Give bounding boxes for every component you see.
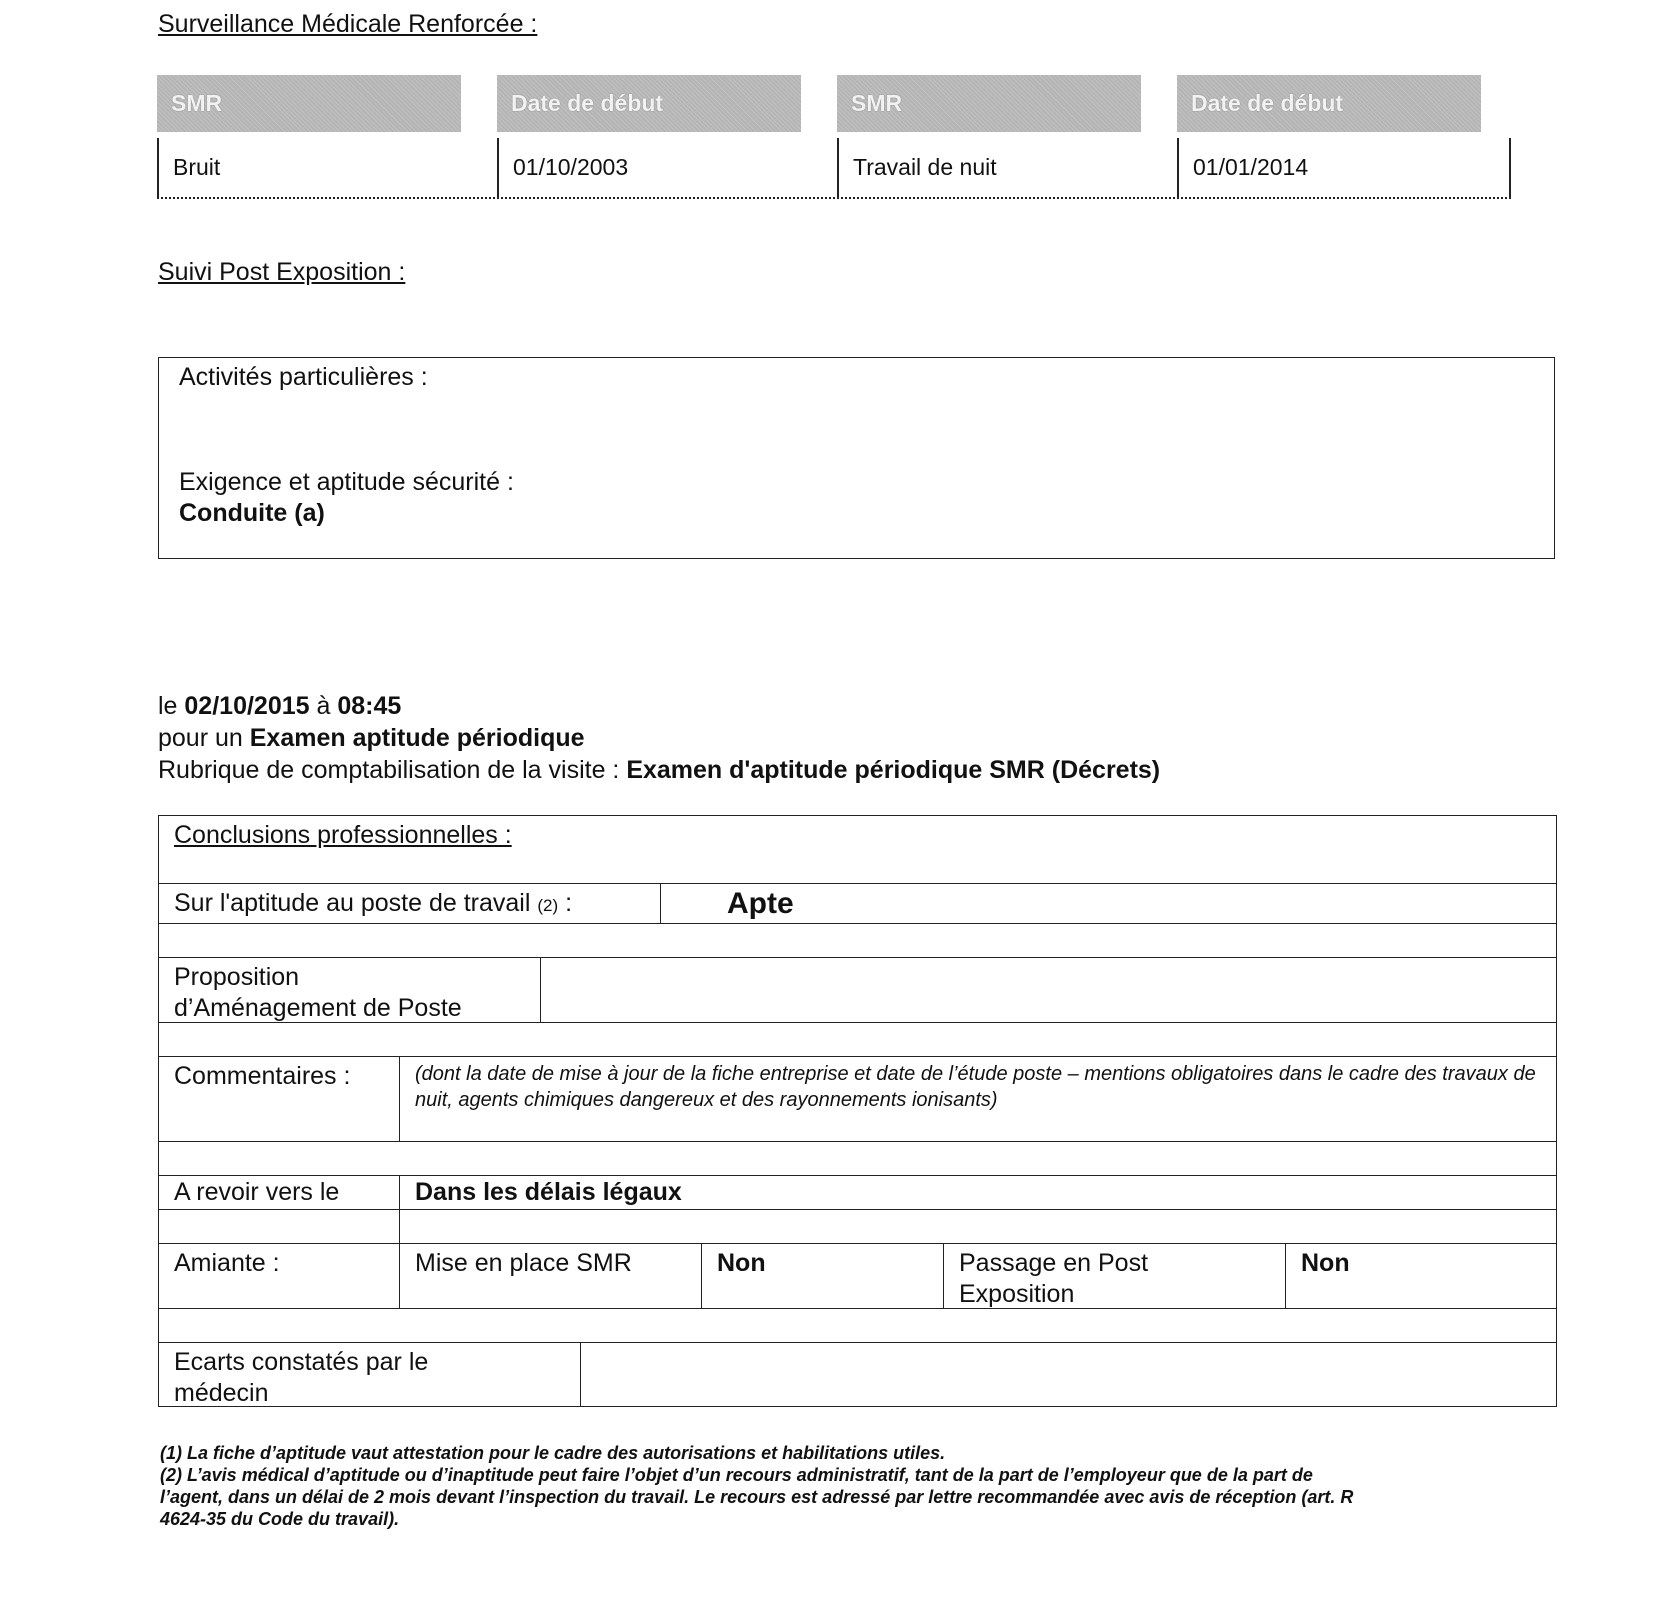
ecarts-label-line-1: Ecarts constatés par le — [174, 1347, 580, 1378]
blank-row-2 — [158, 1022, 1557, 1057]
smr-table-row: Bruit 01/10/2003 Travail de nuit 01/01/2… — [157, 138, 1511, 199]
ecarts-label-line-2: médecin — [174, 1378, 580, 1409]
revoir-value: Dans les délais légaux — [399, 1176, 1556, 1209]
activities-box: Activités particulières : Exigence et ap… — [158, 357, 1555, 559]
amiante-row: Amiante : Mise en place SMR Non Passage … — [158, 1243, 1557, 1309]
proposition-row: Proposition d’Aménagement de Poste — [158, 957, 1557, 1023]
smr-label: Mise en place SMR — [399, 1244, 701, 1308]
exigence-value: Conduite (a) — [179, 499, 325, 528]
aptitude-value: Apte — [660, 884, 1556, 923]
footnotes: (1) La fiche d’aptitude vaut attestation… — [160, 1442, 1560, 1530]
smr-value-2: Travail de nuit — [837, 138, 1177, 197]
blank-row-4 — [158, 1209, 1557, 1244]
visit-date-line: le 02/10/2015 à 08:45 — [158, 692, 401, 721]
ecarts-label: Ecarts constatés par le médecin — [159, 1343, 580, 1406]
ecarts-value — [580, 1343, 1556, 1406]
purpose-prefix: pour un — [158, 724, 250, 752]
rubrique-value: Examen d'aptitude périodique SMR (Décret… — [626, 756, 1160, 784]
blank-row-5 — [158, 1308, 1557, 1343]
footnote-2-line-2: l’agent, dans un délai de 2 mois devant … — [160, 1486, 1560, 1508]
visit-date: 02/10/2015 — [184, 692, 309, 720]
aptitude-colon: : — [558, 889, 572, 917]
commentaires-label: Commentaires : — [159, 1057, 399, 1141]
smr-value-1: Bruit — [157, 138, 497, 197]
rubrique-line: Rubrique de comptabilisation de la visit… — [158, 756, 1160, 785]
post-expo-label-line-2: Exposition — [959, 1279, 1285, 1310]
proposition-label: Proposition d’Aménagement de Poste — [159, 958, 540, 1022]
post-expo-label-line-1: Passage en Post — [959, 1248, 1285, 1279]
footnote-2-line-1: (2) L’avis médical d’aptitude ou d’inapt… — [160, 1464, 1560, 1486]
activites-label: Activités particulières : — [179, 363, 428, 392]
post-exposition-title: Suivi Post Exposition : — [158, 258, 405, 287]
date-header-1: Date de début — [497, 75, 801, 132]
date-value-2: 01/01/2014 — [1177, 138, 1511, 197]
visit-purpose-line: pour un Examen aptitude périodique — [158, 724, 585, 753]
commentaires-hint: (dont la date de mise à jour de la fiche… — [399, 1057, 1556, 1141]
aptitude-label-text: Sur l'aptitude au poste de travail — [174, 889, 530, 917]
conclusions-title: Conclusions professionnelles : — [159, 816, 512, 883]
blank-row-1 — [158, 923, 1557, 958]
footnote-2-line-3: 4624-35 du Code du travail). — [160, 1508, 1560, 1530]
aptitude-row: Sur l'aptitude au poste de travail (2) :… — [158, 883, 1557, 924]
proposition-value — [540, 958, 1556, 1022]
date-prefix: le — [158, 692, 184, 720]
commentaires-row: Commentaires : (dont la date de mise à j… — [158, 1056, 1557, 1142]
proposition-label-line-1: Proposition — [174, 962, 540, 993]
blank-row-3 — [158, 1141, 1557, 1176]
date-value-1: 01/10/2003 — [497, 138, 837, 197]
visit-time: 08:45 — [337, 692, 401, 720]
smr-section-title: Surveillance Médicale Renforcée : — [158, 10, 537, 39]
rubrique-label: Rubrique de comptabilisation de la visit… — [158, 756, 626, 784]
post-expo-label: Passage en Post Exposition — [943, 1244, 1285, 1308]
exigence-label: Exigence et aptitude sécurité : — [179, 468, 514, 497]
time-separator: à — [310, 692, 338, 720]
aptitude-label: Sur l'aptitude au poste de travail (2) : — [159, 884, 659, 923]
proposition-label-line-2: d’Aménagement de Poste — [174, 993, 540, 1024]
visit-purpose: Examen aptitude périodique — [250, 724, 585, 752]
ecarts-row: Ecarts constatés par le médecin — [158, 1342, 1557, 1407]
smr-header-2: SMR — [837, 75, 1141, 132]
footnote-1: (1) La fiche d’aptitude vaut attestation… — [160, 1442, 1560, 1464]
revoir-label: A revoir vers le — [159, 1176, 399, 1209]
revoir-row: A revoir vers le Dans les délais légaux — [158, 1175, 1557, 1210]
amiante-label: Amiante : — [159, 1244, 399, 1308]
post-expo-value: Non — [1285, 1244, 1556, 1308]
smr-value: Non — [701, 1244, 943, 1308]
smr-header-1: SMR — [157, 75, 461, 132]
conclusions-title-row: Conclusions professionnelles : — [158, 815, 1557, 884]
aptitude-ref: (2) — [537, 896, 558, 915]
date-header-2: Date de début — [1177, 75, 1481, 132]
blank-cell — [399, 1210, 1556, 1243]
